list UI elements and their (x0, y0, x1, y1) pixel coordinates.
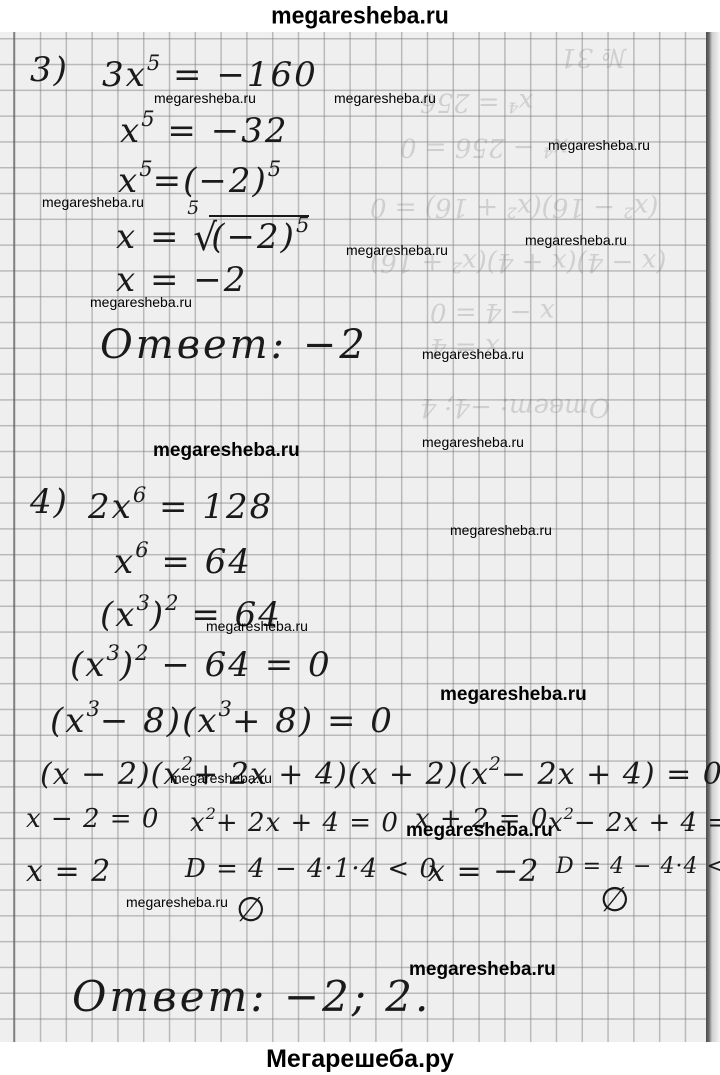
ghost-text: Ответ: −4; 4 (420, 392, 610, 422)
case-2-equation: x2+ 2x + 4 = 0 (190, 804, 399, 838)
site-header-title: megaresheba.ru (271, 1, 449, 28)
ghost-text: (x² − 16)(x² + 16) = 0 (370, 192, 658, 222)
watermark: megaresheba.ru (346, 242, 448, 258)
problem-3-line-2: x5 = −32 (120, 106, 288, 151)
case-3-result: x = −2 (428, 854, 539, 889)
watermark: megaresheba.ru (525, 232, 627, 248)
problem-4-line-2: x6 = 64 (114, 537, 252, 582)
problem-4-line-5: (x3− 8)(x3+ 8) = 0 (50, 696, 394, 741)
fifth-root: 5 √ (−2)5 (193, 212, 309, 257)
problem-3-line-4: x = 5 √ (−2)5 (116, 212, 309, 257)
watermark: megaresheba.ru (170, 770, 272, 786)
problem-4-number: 4) (30, 482, 69, 522)
watermark: megaresheba.ru (206, 618, 308, 634)
case-4-empty-set: ∅ (600, 880, 632, 920)
watermark: megaresheba.ru (334, 90, 436, 106)
watermark: megaresheba.ru (406, 820, 553, 842)
case-2-empty-set: ∅ (236, 890, 268, 930)
ghost-text: x − 4 = 0 (430, 297, 554, 327)
watermark: megaresheba.ru (126, 894, 228, 910)
ghost-text: x⁴ = 256 (420, 87, 533, 117)
watermark: megaresheba.ru (422, 346, 524, 362)
page-edge (706, 32, 720, 1042)
problem-4-line-4: (x3)2 − 64 = 0 (70, 640, 332, 685)
ghost-text: № 31 (560, 42, 626, 72)
case-1-equation: x − 2 = 0 (26, 804, 159, 834)
case-4-equation: x2− 2x + 4 = 0 (548, 804, 720, 838)
case-1-result: x = 2 (26, 854, 111, 889)
problem-4-line-1: 2x6 = 128 (88, 482, 273, 527)
case-4-result: D = 4 − 4·4 < 0 (556, 854, 720, 879)
margin-line (13, 32, 15, 1042)
watermark: megaresheba.ru (422, 434, 524, 450)
watermark: megaresheba.ru (154, 90, 256, 106)
case-2-result: D = 4 − 4·1·4 < 0 (185, 854, 437, 884)
site-footer-title: Мегарешеба.ру (266, 1045, 454, 1073)
notebook-sheet: № 31 x⁴ = 256 x⁴ − 256 = 0 (x² − 16)(x² … (0, 32, 720, 1042)
watermark: megaresheba.ru (409, 959, 556, 981)
watermark: megaresheba.ru (42, 194, 144, 210)
site-footer: Мегарешеба.ру (0, 1043, 720, 1075)
problem-4-answer: Ответ: −2; 2. (72, 972, 431, 1021)
watermark: megaresheba.ru (450, 522, 552, 538)
problem-4-line-6: (x − 2)(x2+ 2x + 4)(x + 2)(x2− 2x + 4) =… (40, 754, 720, 792)
problem-3-answer: Ответ: −2 (100, 322, 368, 368)
watermark: megaresheba.ru (90, 294, 192, 310)
ghost-text: x⁴ − 256 = 0 (400, 132, 568, 162)
watermark: megaresheba.ru (548, 137, 650, 153)
watermark: megaresheba.ru (440, 684, 587, 706)
problem-3-line-1: 3x5 = −160 (102, 50, 318, 95)
site-header: megaresheba.ru (0, 0, 720, 33)
watermark: megaresheba.ru (153, 440, 300, 462)
problem-3-number: 3) (30, 50, 69, 90)
